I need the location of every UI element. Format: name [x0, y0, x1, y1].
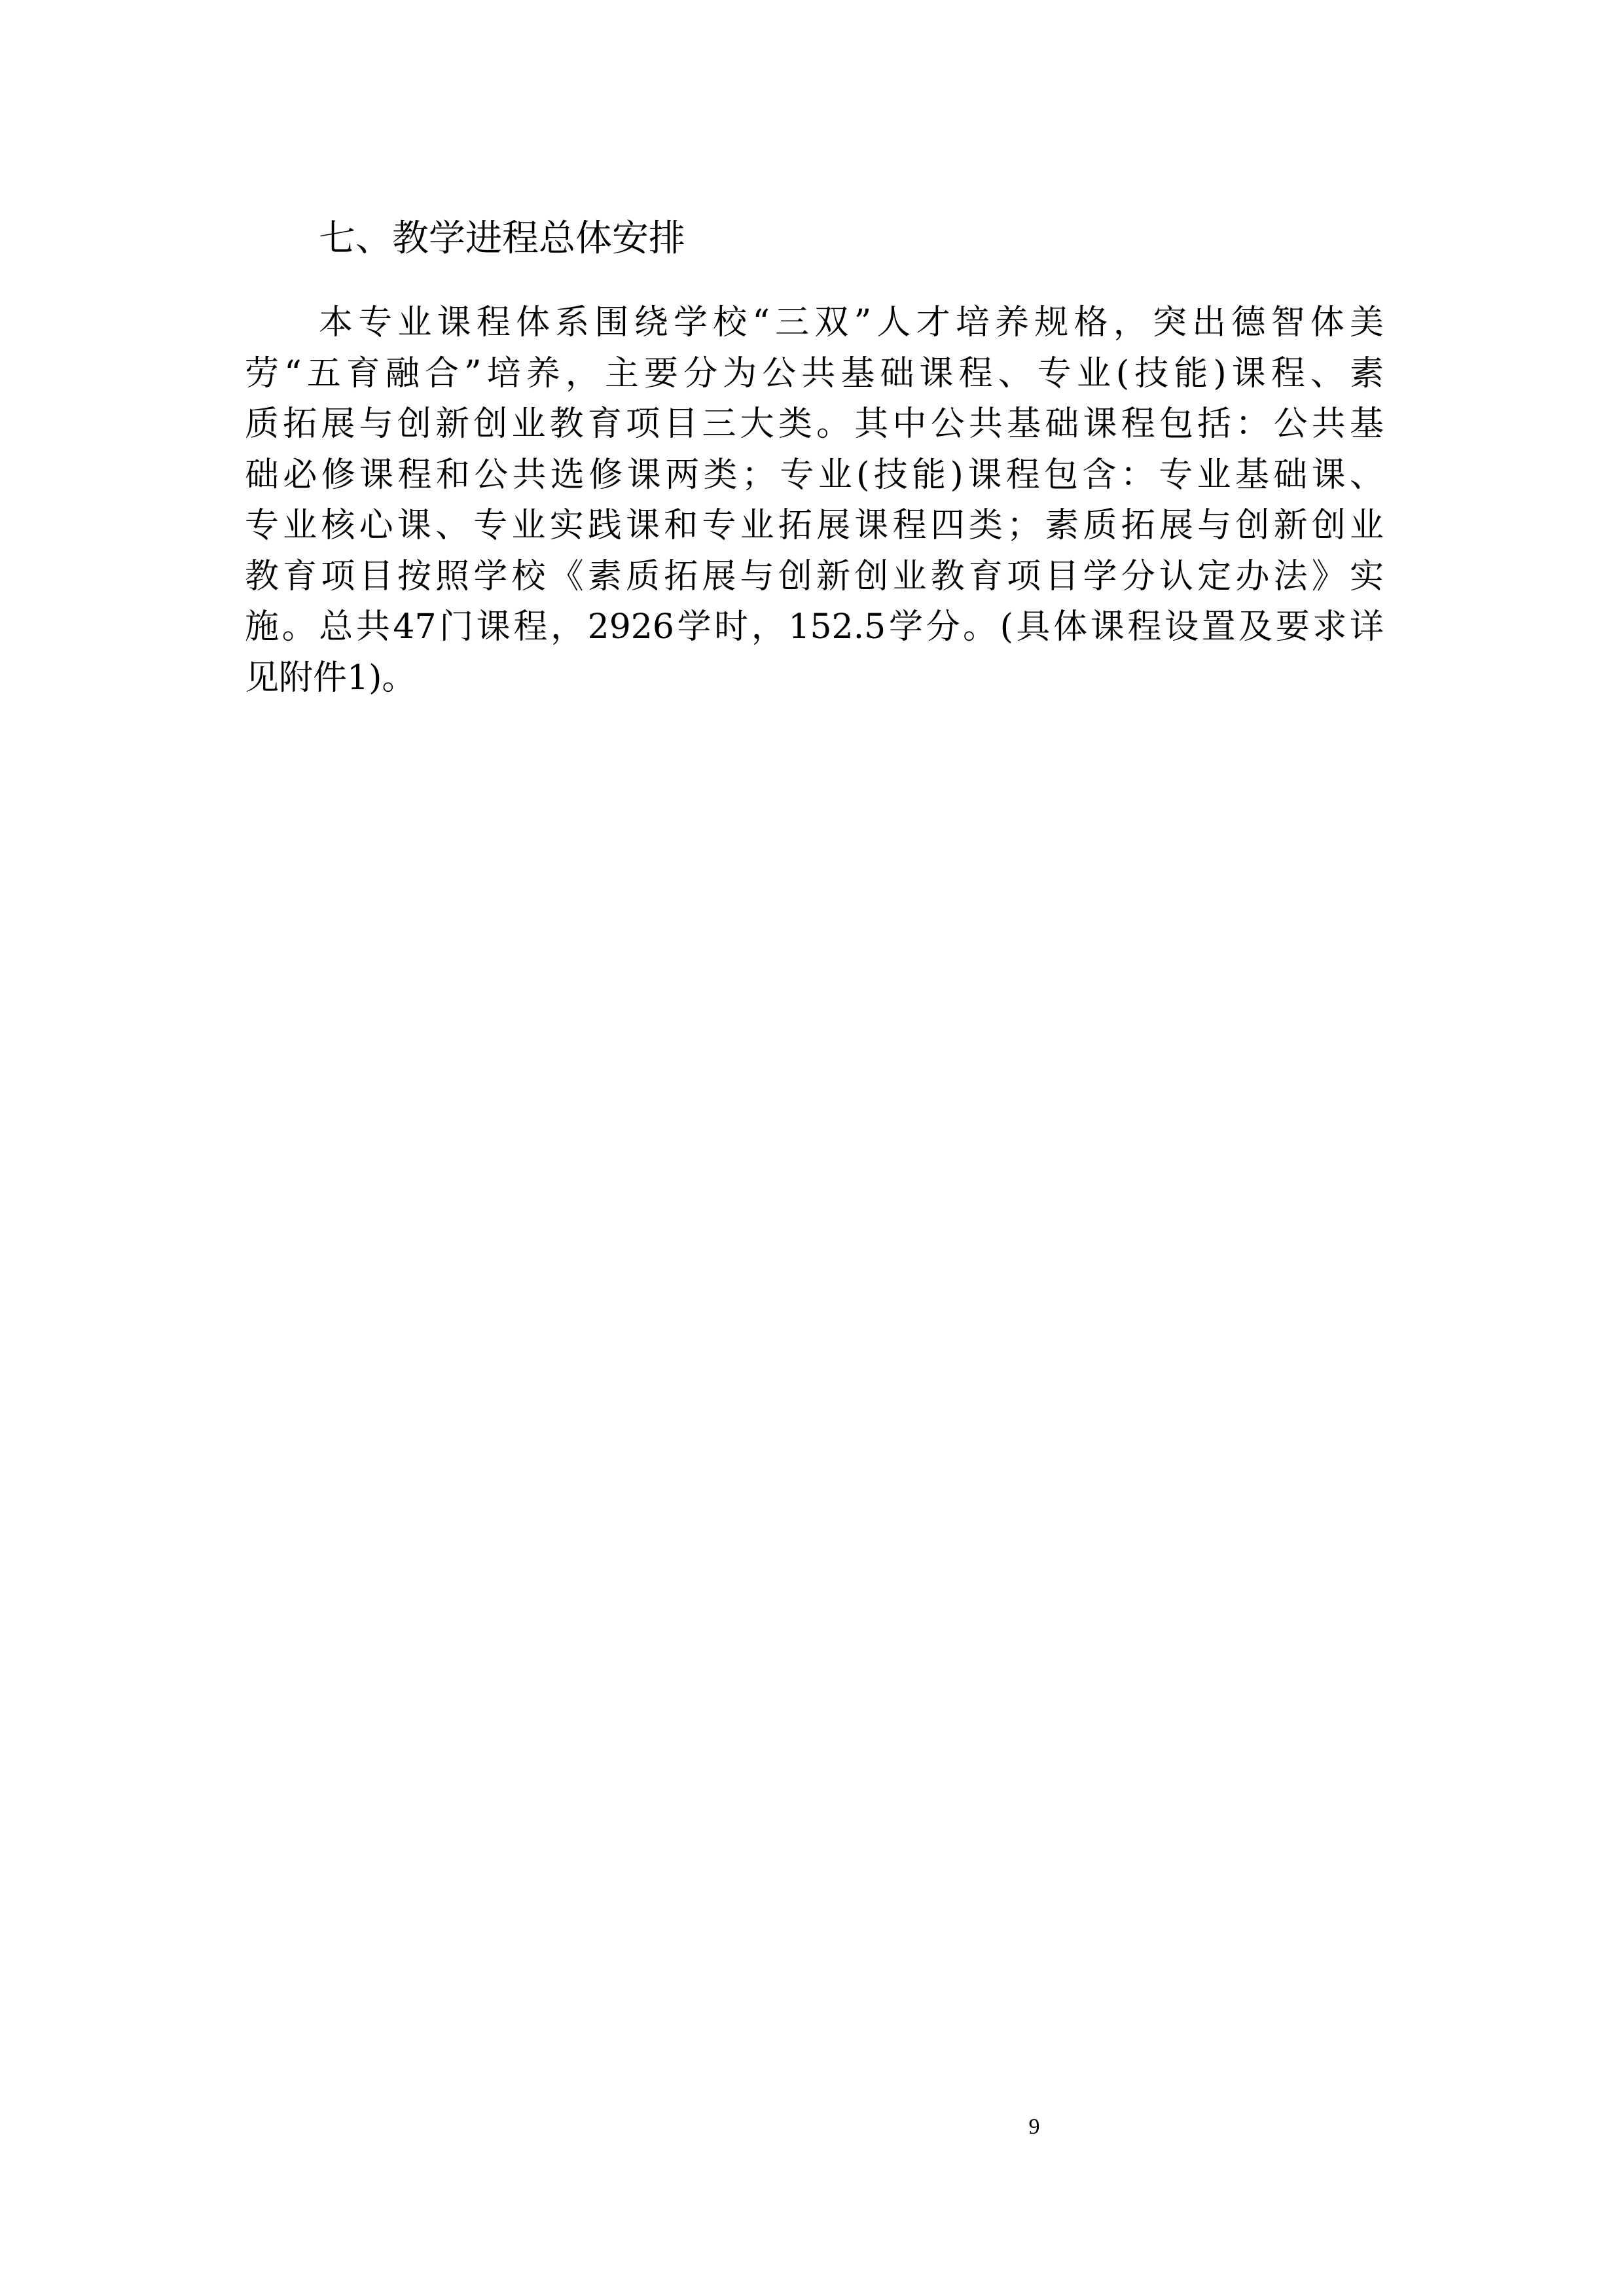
paragraph-line-3: 质拓展与创新创业教育项目三大类。其中公共基础课程包括：公共基: [245, 399, 1384, 450]
document-page: 七、教学进程总体安排 本专业课程体系围绕学校“三双”人才培养规格，突出德智体美 …: [0, 0, 1624, 2296]
paragraph-line-5: 专业核心课、专业实践课和专业拓展课程四类；素质拓展与创新创业: [245, 501, 1384, 552]
paragraph-line-4: 础必修课程和公共选修课两类；专业(技能)课程包含：专业基础课、: [245, 450, 1384, 501]
section-heading: 七、教学进程总体安排: [319, 213, 685, 265]
paragraph-line-7: 施。总共47门课程，2926学时，152.5学分。(具体课程设置及要求详: [245, 602, 1384, 653]
body-paragraph: 本专业课程体系围绕学校“三双”人才培养规格，突出德智体美 劳“五育融合”培养，主…: [245, 298, 1384, 704]
paragraph-line-8: 见附件1)。: [245, 653, 1384, 704]
paragraph-line-1: 本专业课程体系围绕学校“三双”人才培养规格，突出德智体美: [245, 298, 1384, 349]
paragraph-line-6: 教育项目按照学校《素质拓展与创新创业教育项目学分认定办法》实: [245, 552, 1384, 603]
paragraph-line-2: 劳“五育融合”培养，主要分为公共基础课程、专业(技能)课程、素: [245, 349, 1384, 400]
page-number: 9: [1021, 2111, 1047, 2144]
